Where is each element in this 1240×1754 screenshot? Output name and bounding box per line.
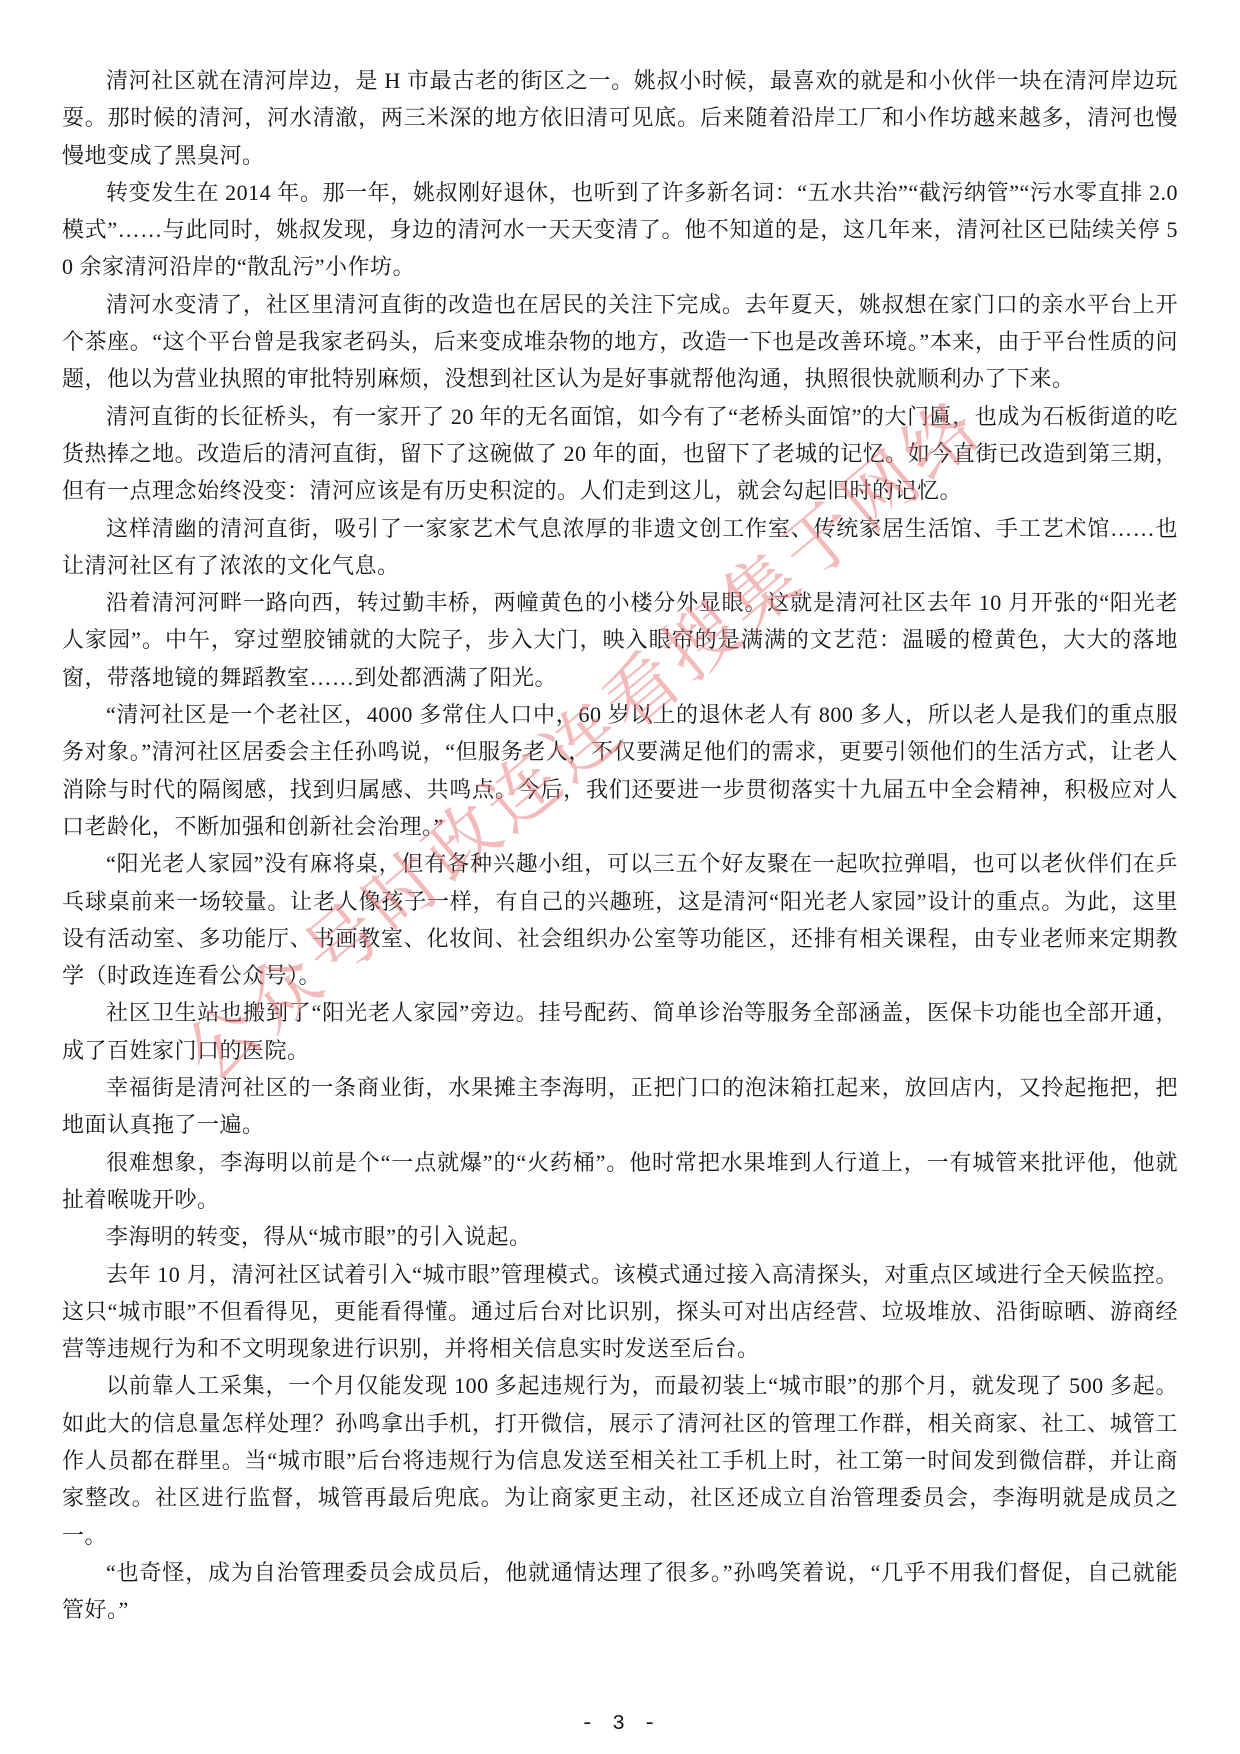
paragraph: “清河社区是一个老社区，4000 多常住人口中，60 岁以上的退休老人有 800… xyxy=(62,696,1178,845)
paragraph: 社区卫生站也搬到了“阳光老人家园”旁边。挂号配药、简单诊治等服务全部涵盖，医保卡… xyxy=(62,994,1178,1069)
paragraph: 清河水变清了，社区里清河直街的改造也在居民的关注下完成。去年夏天，姚叔想在家门口… xyxy=(62,286,1178,398)
page-number: - 3 - xyxy=(0,1713,1240,1736)
paragraph: “阳光老人家园”没有麻将桌，但有各种兴趣小组，可以三五个好友聚在一起吹拉弹唱，也… xyxy=(62,845,1178,994)
paragraph: 清河社区就在清河岸边，是 H 市最古老的街区之一。姚叔小时候，最喜欢的就是和小伙… xyxy=(62,62,1178,174)
paragraph: 转变发生在 2014 年。那一年，姚叔刚好退休，也听到了许多新名词：“五水共治”… xyxy=(62,174,1178,286)
paragraph: 李海明的转变，得从“城市眼”的引入说起。 xyxy=(62,1218,1178,1255)
paragraph: 去年 10 月，清河社区试着引入“城市眼”管理模式。该模式通过接入高清探头，对重… xyxy=(62,1256,1178,1368)
paragraph: “也奇怪，成为自治管理委员会成员后，他就通情达理了很多。”孙鸣笑着说，“几乎不用… xyxy=(62,1554,1178,1629)
article-body: 清河社区就在清河岸边，是 H 市最古老的街区之一。姚叔小时候，最喜欢的就是和小伙… xyxy=(62,62,1178,1628)
paragraph: 幸福街是清河社区的一条商业街，水果摊主李海明，正把门口的泡沫箱扛起来，放回店内，… xyxy=(62,1069,1178,1144)
document-page: 清河社区就在清河岸边，是 H 市最古老的街区之一。姚叔小时候，最喜欢的就是和小伙… xyxy=(0,0,1240,1754)
paragraph: 很难想象，李海明以前是个“一点就爆”的“火药桶”。他时常把水果堆到人行道上，一有… xyxy=(62,1144,1178,1219)
paragraph: 清河直街的长征桥头，有一家开了 20 年的无名面馆，如今有了“老桥头面馆”的大门… xyxy=(62,398,1178,510)
paragraph: 沿着清河河畔一路向西，转过勤丰桥，两幢黄色的小楼分外显眼。这就是清河社区去年 1… xyxy=(62,584,1178,696)
paragraph: 这样清幽的清河直街，吸引了一家家艺术气息浓厚的非遗文创工作室、传统家居生活馆、手… xyxy=(62,510,1178,585)
paragraph: 以前靠人工采集，一个月仅能发现 100 多起违规行为，而最初装上“城市眼”的那个… xyxy=(62,1367,1178,1553)
